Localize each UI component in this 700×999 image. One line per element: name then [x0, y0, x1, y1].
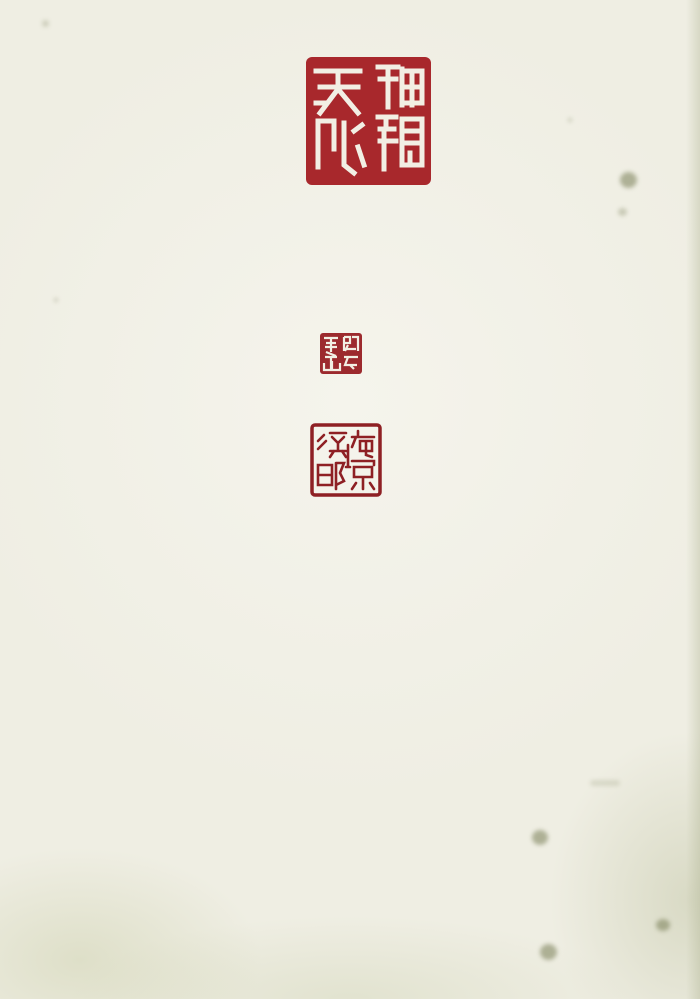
paper-edge-discoloration: [686, 0, 700, 999]
seal-1-impression: [306, 57, 431, 185]
seal-shen-yun-tian-cheng: 神韻天成: [306, 57, 431, 185]
foxing-spot: [42, 20, 49, 27]
foxing-spot: [590, 780, 620, 786]
foxing-spot: [618, 208, 627, 216]
seal-2-impression: [320, 333, 362, 374]
foxing-spot: [532, 830, 548, 845]
seal-3-impression: [310, 423, 382, 497]
foxing-spot: [620, 172, 637, 188]
foxing-spot: [54, 298, 58, 302]
seal-an-jia-xi-lang: 俺家 · 溪郎: [310, 423, 382, 497]
foxing-spot: [568, 118, 572, 122]
foxing-spot: [656, 919, 670, 931]
album-page: 神韻天成 闇 · 錫山: [0, 0, 700, 999]
seal-small-xi-shan: 闇 · 錫山: [320, 333, 362, 374]
foxing-spot: [540, 944, 557, 960]
